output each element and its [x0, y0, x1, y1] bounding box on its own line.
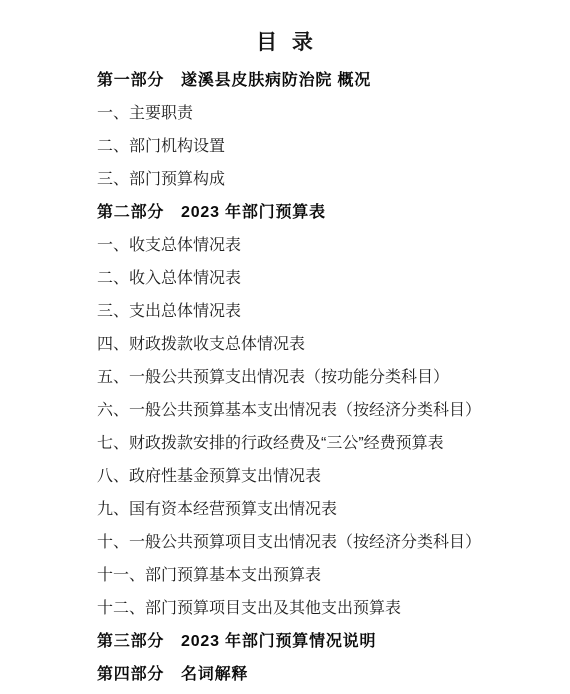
toc-item: 二、收入总体情况表	[97, 262, 530, 295]
toc-section-heading: 第二部分 2023 年部门预算表	[97, 196, 530, 229]
page-title: 目 录	[0, 0, 570, 56]
document-page: 目 录 第一部分 遂溪县皮肤病防治院 概况 一、主要职责 二、部门机构设置 三、…	[0, 0, 570, 694]
toc-item: 九、国有资本经营预算支出情况表	[97, 493, 530, 526]
toc-section-heading: 第一部分 遂溪县皮肤病防治院 概况	[97, 64, 530, 97]
toc-item: 一、收支总体情况表	[97, 229, 530, 262]
toc-item: 七、财政拨款安排的行政经费及“三公”经费预算表	[97, 427, 530, 460]
toc-section-heading: 第四部分 名词解释	[97, 658, 530, 691]
toc-item: 八、政府性基金预算支出情况表	[97, 460, 530, 493]
toc-item: 十二、部门预算项目支出及其他支出预算表	[97, 592, 530, 625]
toc-item: 三、支出总体情况表	[97, 295, 530, 328]
toc-item: 十一、部门预算基本支出预算表	[97, 559, 530, 592]
toc-item: 十、一般公共预算项目支出情况表（按经济分类科目）	[97, 526, 530, 559]
toc-item: 五、一般公共预算支出情况表（按功能分类科目）	[97, 361, 530, 394]
toc-item: 四、财政拨款收支总体情况表	[97, 328, 530, 361]
toc-item: 二、部门机构设置	[97, 130, 530, 163]
toc-item: 一、主要职责	[97, 97, 530, 130]
toc-item: 六、一般公共预算基本支出情况表（按经济分类科目）	[97, 394, 530, 427]
toc-item: 三、部门预算构成	[97, 163, 530, 196]
toc-section-heading: 第三部分 2023 年部门预算情况说明	[97, 625, 530, 658]
table-of-contents: 第一部分 遂溪县皮肤病防治院 概况 一、主要职责 二、部门机构设置 三、部门预算…	[97, 64, 530, 691]
